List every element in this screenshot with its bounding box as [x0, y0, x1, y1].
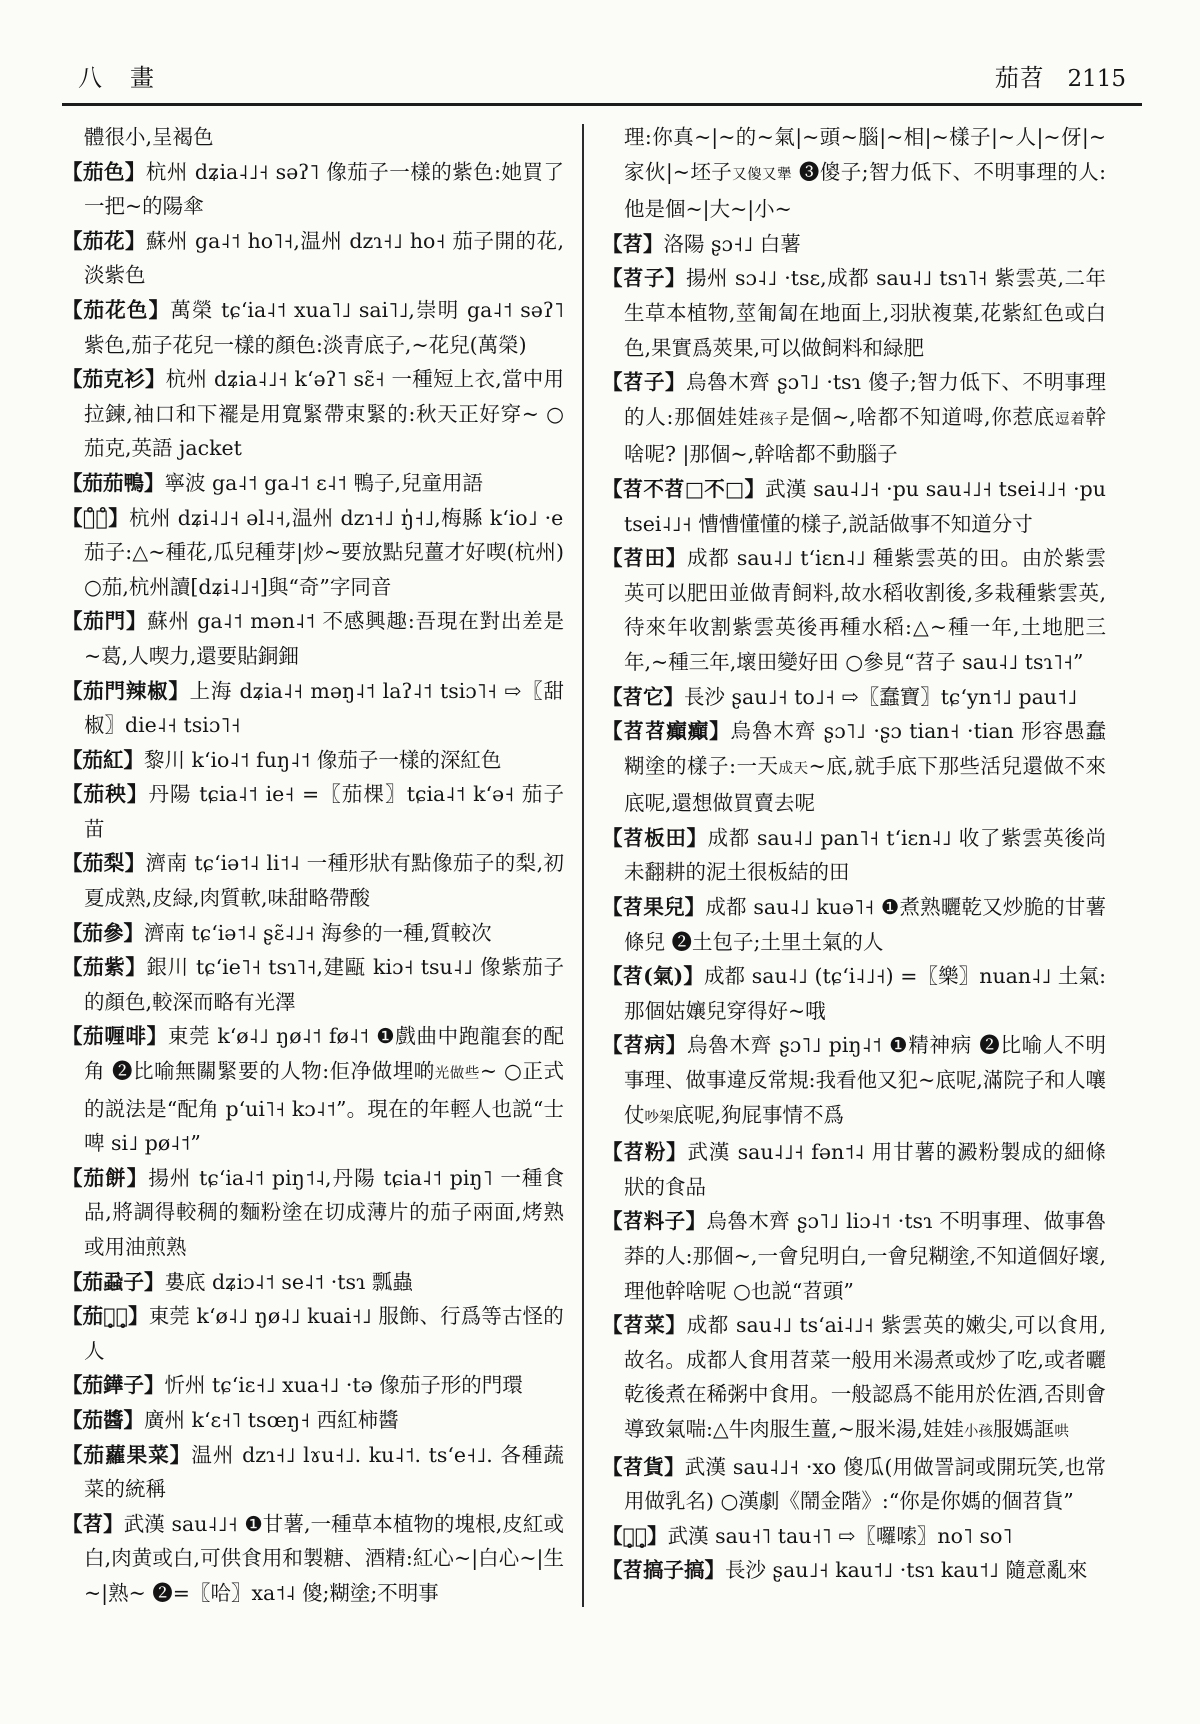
entry-text: 婁底 dʑiɔ˨˦ se˨˦ ·tsɿ 瓢蟲	[165, 1270, 413, 1294]
text-columns: 體很小,呈褐色【茄色】杭州 dʑia˨˩˧ səʔ˥ 像茄子一樣的紫色:她買了一…	[62, 120, 1142, 1611]
dict-entry: 【茄克衫】杭州 dʑia˨˩˧ kʻəʔ˥ sɛ̃˧ 一種短上衣,當中用拉鍊,袖…	[62, 362, 564, 466]
entry-headword: 【茄餅】	[62, 1166, 148, 1190]
entry-headword: 【苕板田】	[602, 826, 708, 850]
entry-headword: 【苕田】	[602, 546, 687, 570]
entry-text: 底呢,狗屁事情不爲	[674, 1103, 845, 1127]
dict-entry: 【苕料子】烏魯木齊 ʂɔ˥˩ liɔ˨˦ ·tsɿ 不明事理、做事魯莽的人:那個…	[602, 1204, 1106, 1308]
inline-gloss-small: 光做些	[435, 1066, 480, 1082]
dict-entry: 【苕粉】武漢 sau˨˩˧ fən˦˨ 用甘薯的澱粉製成的細條狀的食品	[602, 1135, 1106, 1204]
dict-entry: 【苕苕癲癲】烏魯木齊 ʂɔ˥˩ ·ʂɔ tian˧ ·tian 形容愚蠢糊塗的樣…	[602, 714, 1106, 821]
entry-text: 寧波 ga˨˦ ga˨˦ ɛ˨˦ 鴨子,兒童用語	[165, 471, 484, 495]
inline-gloss-small: 又傻又犟	[732, 167, 792, 183]
section-title: 八 畫	[78, 58, 156, 93]
dict-entry: 【苕貨】武漢 sau˨˩˧ ·xo 傻瓜(用做詈詞或開玩笑,也常用做乳名) ○漢…	[602, 1450, 1106, 1519]
dict-entry: 【茄門】蘇州 ga˨˦ mən˨˦ 不感興趣:吾現在對出差是~葛,人喫力,還要貼…	[62, 604, 564, 673]
entry-headword: 【苕】	[62, 1512, 124, 1536]
inline-gloss-small: 逗着	[1055, 412, 1086, 428]
inline-gloss-small: 小孩	[964, 1424, 993, 1440]
entry-headword: 【苕粉】	[602, 1140, 687, 1164]
dict-entry: 【苕(氣)】成都 sau˨˩ (tɕʻi˨˩˧) =〖樂〗nuan˨˩ 土氣:那…	[602, 959, 1106, 1028]
page-number: 2115	[1067, 66, 1126, 92]
entry-text: 黎川 kʻio˨˦ fuŋ˨˦ 像茄子一樣的深紅色	[144, 748, 501, 772]
dict-entry: 【苕搞子搞】長沙 ʂau˩˧ kau˦˩ ·tsɿ kau˦˩ 隨意亂來	[602, 1553, 1106, 1588]
entry-text: 杭州 dʑi˨˩˧ əl˨˧,温州 dzɿ˧˩ ŋ̍˧˩,梅縣 kʻio˩ ·e…	[84, 506, 564, 599]
entry-headword: 【茄螺̥蜴̥】	[62, 1304, 149, 1328]
entry-text: 武漢 sau˨˩˧ ·xo 傻瓜(用做詈詞或開玩笑,也常用做乳名) ○漢劇《鬧金…	[624, 1455, 1106, 1514]
entry-headword: 【茄色】	[62, 160, 146, 184]
dictionary-page: 八 畫 茄苕 2115 體很小,呈褐色【茄色】杭州 dʑia˨˩˧ səʔ˥ 像…	[0, 0, 1200, 1724]
inline-gloss-small: 哄	[1054, 1424, 1069, 1440]
dict-entry: 【茄花色】萬榮 tɕʻia˨˦ xua˥˩ sai˥˩,崇明 ga˨˦ səʔ˥…	[62, 293, 564, 362]
dict-entry: 【茄餅】揚州 tɕʻia˨˦ piŋ˦˨,丹陽 tɕia˨˦ piŋ˥ 一種食品…	[62, 1161, 564, 1265]
dict-entry: 【茄花】蘇州 ga˨˦ ho˥˧,温州 dzɿ˧˩ ho˧ 茄子開的花,淡紫色	[62, 224, 564, 293]
entry-headword: 【苕(氣)】	[602, 964, 704, 988]
entry-text: 洛陽 ʂɔ˧˩ 白薯	[664, 232, 801, 256]
dict-entry: 【茄參】濟南 tɕʻiə˦˨ ʂɛ̃˨˩˧ 海參的一種,質較次	[62, 916, 564, 951]
entry-text: 東莞 kʻø˨˩ ŋø˨˩ kuai˧˩ 服飾、行爲等古怪的人	[84, 1304, 564, 1363]
running-head: 茄苕 2115	[995, 58, 1126, 93]
entry-headword: 【茄紫】	[62, 955, 147, 979]
entry-headword: 【茄蘿果菜】	[62, 1443, 191, 1467]
page-header: 八 畫 茄苕 2115	[62, 58, 1142, 101]
entry-text: 長沙 ʂau˩˧ kau˦˩ ·tsɿ kau˦˩ 隨意亂來	[725, 1558, 1087, 1582]
entry-headword: 【茄參】	[62, 921, 144, 945]
entry-headword: 【茄花色】	[62, 298, 170, 322]
entry-headword: 【苕果兒】	[602, 895, 705, 919]
entry-text: 濟南 tɕʻiə˦˨ li˦˨ 一種形狀有點像茄子的梨,初夏成熟,皮緑,肉質軟,…	[84, 851, 564, 910]
header-rule	[62, 103, 1142, 106]
entry-text: 蘇州 ga˨˦ ho˥˧,温州 dzɿ˧˩ ho˧ 茄子開的花,淡紫色	[84, 229, 564, 288]
entry-text: 忻州 tɕʻiɛ˧˩ xua˧˩ ·tə 像茄子形的門環	[165, 1373, 523, 1397]
dict-entry: 【茄螺̥蜴̥】東莞 kʻø˨˩ ŋø˨˩ kuai˧˩ 服飾、行爲等古怪的人	[62, 1299, 564, 1368]
dict-entry: 【苕】洛陽 ʂɔ˧˩ 白薯	[602, 227, 1106, 262]
entry-text: 丹陽 tɕia˨˦ ie˧ =〖茄棵〗tɕia˨˦ kʻə˧ 茄子苗	[84, 782, 564, 841]
entry-headword: 【茄鏵子】	[62, 1373, 165, 1397]
inline-gloss-small: 吵架	[645, 1110, 674, 1126]
entry-text: 濟南 tɕʻiə˦˨ ʂɛ̃˨˩˧ 海參的一種,質較次	[144, 921, 492, 945]
entry-headword: 【苕貨】	[602, 1455, 685, 1479]
dict-entry: 【苕病】烏魯木齊 ʂɔ˥˩ piŋ˨˦ ❶精神病 ❷比喻人不明事理、做事違反常規…	[602, 1028, 1106, 1135]
dict-entry: 【苕它】長沙 ʂau˩˧ to˩˧ ⇨〖蠢寶〗tɕʻyn˦˩ pau˦˩	[602, 680, 1106, 715]
entry-headword: 【茄克衫】	[62, 367, 166, 391]
dict-entry: 【茄̊兒̊】杭州 dʑi˨˩˧ əl˨˧,温州 dzɿ˧˩ ŋ̍˧˩,梅縣 kʻ…	[62, 501, 564, 605]
dict-entry: 【茄鏵子】忻州 tɕʻiɛ˧˩ xua˧˩ ·tə 像茄子形的門環	[62, 1368, 564, 1403]
entry-text: 長沙 ʂau˩˧ to˩˧ ⇨〖蠢寶〗tɕʻyn˦˩ pau˦˩	[684, 685, 1077, 709]
entry-headword: 【苕子】	[602, 370, 686, 394]
right-column: 理:你真~|~的~氣|~頭~腦|~相|~樣子|~人|~伢|~家伙|~坯子又傻又犟…	[584, 120, 1106, 1611]
dict-entry: 【苕子】揚州 sɔ˨˩ ·tsɛ,成都 sau˨˩ tsɿ˥˧ 紫雲英,二年生草…	[602, 261, 1106, 365]
entry-headword: 【苕】	[602, 232, 664, 256]
left-column: 體很小,呈褐色【茄色】杭州 dʑia˨˩˧ səʔ˥ 像茄子一樣的紫色:她買了一…	[62, 120, 582, 1611]
dict-entry: 【茄秧】丹陽 tɕia˨˦ ie˧ =〖茄棵〗tɕia˨˦ kʻə˧ 茄子苗	[62, 777, 564, 846]
entry-text: 服媽誆	[993, 1417, 1055, 1441]
entry-headword: 【苕料子】	[602, 1209, 706, 1233]
dict-entry: 【茄蘿果菜】温州 dzɿ˧˩ lɤu˧˩. ku˨˦. tsʻe˧˩. 各種蔬菜…	[62, 1438, 564, 1507]
entry-headword: 【茄門辣椒】	[62, 679, 190, 703]
entry-headword: 【茄紅】	[62, 748, 144, 772]
entry-headword: 【茄蝨子】	[62, 1270, 165, 1294]
dict-entry: 【茄蝨子】婁底 dʑiɔ˨˦ se˨˦ ·tsɿ 瓢蟲	[62, 1265, 564, 1300]
entry-headword: 【茄醬】	[62, 1408, 144, 1432]
dict-entry: 【茄茄鴨】寧波 ga˨˦ ga˨˦ ɛ˨˦ 鴨子,兒童用語	[62, 466, 564, 501]
inline-gloss-small: 孩子	[759, 412, 790, 428]
entry-headword: 【苕子】	[602, 266, 686, 290]
dict-entry: 【苕田】成都 sau˨˩ tʻiɛn˨˩ 種紫雲英的田。由於紫雲英可以肥田並做青…	[602, 541, 1106, 679]
entry-headword: 【茄秧】	[62, 782, 148, 806]
inline-gloss-small: 成天	[779, 761, 809, 777]
dict-entry: 【茄紫】銀川 tɕʻie˥˧ tsɿ˥˧,建甌 kiɔ˧ tsu˨˩ 像紫茄子的…	[62, 950, 564, 1019]
dict-entry: 【苕】武漢 sau˨˩˧ ❶甘薯,一種草本植物的塊根,皮紅或白,肉黄或白,可供食…	[62, 1507, 564, 1611]
dict-entry: 【苕板田】成都 sau˨˩ pan˥˧ tʻiɛn˨˩ 收了紫雲英後尚未翻耕的泥…	[602, 821, 1106, 890]
entry-text: 揚州 sɔ˨˩ ·tsɛ,成都 sau˨˩ tsɿ˥˧ 紫雲英,二年生草本植物,…	[624, 266, 1106, 359]
entry-headword: 【苕病】	[602, 1033, 687, 1057]
dict-entry: 【苕̥道̥】武漢 sau˧˥ tau˧˥ ⇨〖囉嗦〗no˥ so˥	[602, 1519, 1106, 1554]
entry-headword: 【苕苕癲癲】	[602, 719, 731, 743]
entry-headword: 【茄茄鴨】	[62, 471, 165, 495]
dict-entry: 【苕果兒】成都 sau˨˩ kuə˥˧ ❶煮熟曬乾又炒脆的甘薯條兒 ❷土包子;土…	[602, 890, 1106, 959]
entry-headword: 【苕它】	[602, 685, 684, 709]
entry-text: 武漢 sau˨˩˧ fən˦˨ 用甘薯的澱粉製成的細條狀的食品	[624, 1140, 1106, 1199]
dict-entry: 【苕子】烏魯木齊 ʂɔ˥˩ ·tsɿ 傻子;智力低下、不明事理的人:那個娃娃孩子…	[602, 365, 1106, 472]
entry-headword: 【茄花】	[62, 229, 146, 253]
entry-text: 武漢 sau˨˩˧ ❶甘薯,一種草本植物的塊根,皮紅或白,肉黄或白,可供食用和製…	[84, 1512, 564, 1605]
entry-text: 體很小,呈褐色	[84, 125, 214, 149]
dict-entry: 【苕不苕□不□】武漢 sau˨˩˧ ·pu sau˨˩˧ tsei˨˩˧ ·pu…	[602, 472, 1106, 541]
entry-headword: 【苕̥道̥】	[602, 1524, 668, 1548]
entry-text: 蘇州 ga˨˦ mən˨˦ 不感興趣:吾現在對出差是~葛,人喫力,還要貼銅鈿	[84, 609, 564, 668]
entry-text: 是個~,啥都不知道呣,你惹底	[790, 405, 1055, 429]
entry-headword: 【苕菜】	[602, 1313, 687, 1337]
entry-continuation: 理:你真~|~的~氣|~頭~腦|~相|~樣子|~人|~伢|~家伙|~坯子又傻又犟…	[602, 120, 1106, 227]
entry-text: 武漢 sau˧˥ tau˧˥ ⇨〖囉嗦〗no˥ so˥	[668, 1524, 1013, 1548]
entry-headword: 【茄門】	[62, 609, 147, 633]
entry-text: 廣州 kʻɛ˧˥ tsœŋ˧ 西紅柿醬	[144, 1408, 399, 1432]
entry-headword: 【苕不苕□不□】	[602, 477, 765, 501]
entry-text: 銀川 tɕʻie˥˧ tsɿ˥˧,建甌 kiɔ˧ tsu˨˩ 像紫茄子的顏色,較…	[84, 955, 564, 1014]
dict-entry: 【茄色】杭州 dʑia˨˩˧ səʔ˥ 像茄子一樣的紫色:她買了一把~的陽傘	[62, 155, 564, 224]
entry-headword: 【茄梨】	[62, 851, 146, 875]
dict-entry: 【茄喱啡】東莞 kʻø˨˩ ŋø˨˦ fø˨˦ ❶戲曲中跑龍套的配角 ❷比喻無關…	[62, 1019, 564, 1160]
entry-continuation: 體很小,呈褐色	[62, 120, 564, 155]
dict-entry: 【茄門辣椒】上海 dʑia˨˧ məŋ˨˦ laʔ˨˦ tsiɔ˥˧ ⇨〖甜椒〗…	[62, 674, 564, 743]
entry-text: 揚州 tɕʻia˨˦ piŋ˦˨,丹陽 tɕia˨˦ piŋ˥ 一種食品,將調得…	[84, 1166, 564, 1259]
dict-entry: 【茄梨】濟南 tɕʻiə˦˨ li˦˨ 一種形狀有點像茄子的梨,初夏成熟,皮緑,…	[62, 846, 564, 915]
entry-headword: 【苕搞子搞】	[602, 1558, 725, 1582]
entry-headword: 【茄喱啡】	[62, 1024, 168, 1048]
entry-text: 成都 sau˨˩ tʻiɛn˨˩ 種紫雲英的田。由於紫雲英可以肥田並做青飼料,故…	[624, 546, 1106, 674]
dict-entry: 【茄紅】黎川 kʻio˨˦ fuŋ˨˦ 像茄子一樣的深紅色	[62, 743, 564, 778]
dict-entry: 【苕菜】成都 sau˨˩ tsʻai˨˩˧ 紫雲英的嫩尖,可以食用,故名。成都人…	[602, 1308, 1106, 1449]
dict-entry: 【茄醬】廣州 kʻɛ˧˥ tsœŋ˧ 西紅柿醬	[62, 1403, 564, 1438]
entry-headword: 【茄̊兒̊】	[62, 506, 129, 530]
entry-text: 杭州 dʑia˨˩˧ səʔ˥ 像茄子一樣的紫色:她買了一把~的陽傘	[84, 160, 564, 219]
guide-words: 茄苕	[995, 64, 1045, 92]
